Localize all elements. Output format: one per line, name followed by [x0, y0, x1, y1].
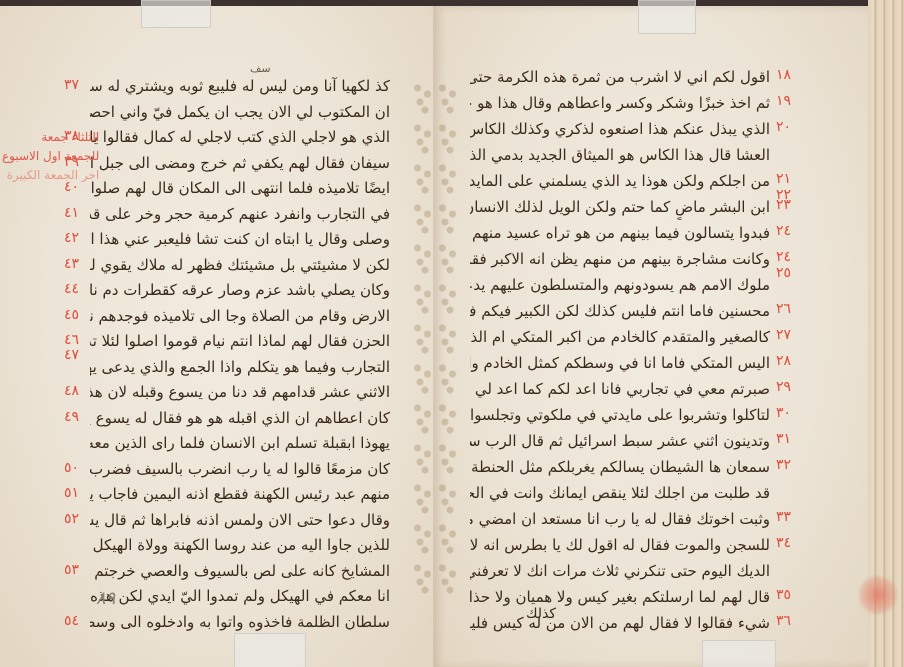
- catchword: كذلك: [526, 606, 556, 622]
- verse-number: ٥٤: [64, 613, 79, 629]
- verse-number: ٤٢: [64, 230, 79, 246]
- text-line: كالصغير والمتقدم كالخادم من اكبر المتكي …: [470, 324, 770, 350]
- text-line: وقال دعوا حتى الان ولمس اذنه فابراها ثم …: [90, 508, 390, 534]
- verse-number: ٢٤: [776, 249, 791, 265]
- text-line: سيفان فقال لهم يكفي ثم خرج ومضى الى جبل …: [90, 151, 390, 177]
- verse-number: ٢٨: [776, 353, 791, 369]
- verse-number: ٤٩: [64, 409, 79, 425]
- verse-number: ٣٣: [776, 509, 791, 525]
- verse-number: ٢٩: [776, 379, 791, 395]
- verse-number: ٥٠: [64, 460, 79, 476]
- verse-number: ٢٠: [776, 119, 791, 135]
- verse-number: ٣٧: [64, 77, 79, 93]
- text-line: الذي يبذل عنكم هذا اصنعوه لذكري وكذلك ال…: [470, 116, 770, 142]
- verse-number: ٤٣: [64, 256, 79, 272]
- tape-top-right: [638, 0, 696, 34]
- folio-number: ٨٩: [96, 588, 115, 609]
- verse-number: ١٩: [776, 93, 791, 109]
- text-line: فبدوا يتسالون فيما بينهم من هو تراه عسيد…: [470, 220, 770, 246]
- text-line: صبرتم معي في تجاربي فانا اعد لكم كما اعد…: [470, 376, 770, 402]
- text-line: ثم اخذ خبزًا وشكر وكسر واعطاهم وقال هذا …: [470, 90, 770, 116]
- text-line: كان مزمعًا قالوا له يا رب انضرب بالسيف ف…: [90, 457, 390, 483]
- tape-top-left: [141, 0, 211, 28]
- text-line: الذي هو لاجلي الذي كتب لاجلي له كمال فقا…: [90, 125, 390, 151]
- text-line: وتدينون اثني عشر سبط اسرائيل ثم قال الرب…: [470, 428, 770, 454]
- verse-number: ٥٣: [64, 562, 79, 578]
- text-line: محسنين فاما انتم فليس كذلك لكن الكبير في…: [470, 298, 770, 324]
- verse-number: ٣٥: [776, 587, 791, 603]
- text-line: قال لهم لما ارسلتكم بغير كيس ولا هميان و…: [470, 584, 770, 610]
- text-line: وكان يصلي باشد عزم وصار عرقه كقطرات دم ن…: [90, 278, 390, 304]
- text-line: منهم عبد رئيس الكهنة فقطع اذنه اليمين فا…: [90, 482, 390, 508]
- verse-number: ٣٠: [776, 405, 791, 421]
- text-line: اليس المتكي فاما انا في وسطكم كمثل الخاد…: [470, 350, 770, 376]
- text-line: للذين جاوا اليه من عند روسا الكهنة وولاة…: [90, 533, 390, 559]
- text-line: انا معكم في الهيكل ولم تمدوا اليّ ايدي ل…: [90, 584, 390, 610]
- tape-bottom-left: [234, 633, 306, 667]
- verse-number: ٤٤: [64, 281, 79, 297]
- verse-number: ٤٥: [64, 307, 79, 323]
- text-line: ايضًا تلاميذه فلما انتهى الى المكان قال …: [90, 176, 390, 202]
- right-page-text: اقول لكم اني لا اشرب من ثمرة هذه الكرمة …: [470, 64, 770, 636]
- text-line: وثبت اخوتك فقال له يا رب انا مستعد ان ام…: [470, 506, 770, 532]
- text-line: الارض وقام من الصلاة وجا الى تلاميذه فوج…: [90, 304, 390, 330]
- text-line: لكن لا مشيئتي بل مشيئتك فظهر له ملاك يقو…: [90, 253, 390, 279]
- text-line: ملوك الامم هم يسودونهم والمتسلطون عليهم …: [470, 272, 770, 298]
- verse-number: ٥٢: [64, 511, 79, 527]
- text-line: الديك اليوم حتى تنكرني ثلاث مرات انك لا …: [470, 558, 770, 584]
- verse-number: ٣٢: [776, 457, 791, 473]
- manuscript-spread: سف كذ لكهيا آنا ومن ليس له فليبع ثوبه وي…: [0, 0, 904, 667]
- text-line: للسجن والموت فقال له اقول لك يا بطرس انه…: [470, 532, 770, 558]
- margin-note-line: للجمعة اول الاسبوع: [2, 147, 99, 166]
- verse-number: ١٨: [776, 67, 791, 83]
- margin-note-line: اخر الجمعة الكبيرة: [2, 166, 99, 185]
- margin-note: الثلثاء جمعةللجمعة اول الاسبوعاخر الجمعة…: [2, 128, 99, 185]
- text-line: الاثني عشر قدامهم قد دنا من يسوع وقبله ل…: [90, 380, 390, 406]
- text-line: المشايخ كانه على لص بالسيوف والعصي خرجتم…: [90, 559, 390, 585]
- page-edges: [868, 0, 904, 667]
- text-line: من اجلكم ولكن هوذا يد الذي يسلمني على ال…: [470, 168, 770, 194]
- text-line: كان اعطاهم ان الذي اقبله هو هو فقال له ي…: [90, 406, 390, 432]
- text-line: كذ لكهيا آنا ومن ليس له فليبع ثوبه ويشتر…: [90, 74, 390, 100]
- text-line: اقول لكم اني لا اشرب من ثمرة هذه الكرمة …: [470, 64, 770, 90]
- text-line: ان المكتوب لي الان يجب ان يكمل فيّ واني …: [90, 100, 390, 126]
- text-line: العشا قال هذا الكاس هو الميثاق الجديد بد…: [470, 142, 770, 168]
- text-line: لتاكلوا وتشربوا على مايدتي في ملكوتي وتج…: [470, 402, 770, 428]
- text-line: يهوذا ابقبلة تسلم ابن الانسان فلما راى ا…: [90, 431, 390, 457]
- verse-number: ٤٧: [64, 347, 79, 363]
- text-line: الحزن فقال لهم لماذا انتم نيام قوموا اصل…: [90, 329, 390, 355]
- text-line: قد طلبت من اجلك لئلا ينقص ايمانك وانت في…: [470, 480, 770, 506]
- tape-bottom-right: [702, 640, 776, 667]
- verse-number: ٤٦: [64, 332, 79, 348]
- verse-number: ٢٤: [776, 223, 791, 239]
- verse-number: ٢٧: [776, 327, 791, 343]
- text-line: سمعان ها الشيطان يسالكم يغربلكم مثل الحن…: [470, 454, 770, 480]
- verse-number: ٣٤: [776, 535, 791, 551]
- left-page-text: كذ لكهيا آنا ومن ليس له فليبع ثوبه ويشتر…: [90, 74, 390, 635]
- verse-number: ٢٥: [776, 265, 791, 281]
- verse-number: ٣٦: [776, 613, 791, 629]
- verse-number: ٢٣: [776, 197, 791, 213]
- text-line: التجارب وفيما هو يتكلم واذا الجمع والذي …: [90, 355, 390, 381]
- verse-number: ٣١: [776, 431, 791, 447]
- text-line: وصلى وقال يا ابتاه ان كنت تشا فليعبر عني…: [90, 227, 390, 253]
- text-line: وكانت مشاجرة بينهم من منهم يظن انه الاكب…: [470, 246, 770, 272]
- margin-note-line: الثلثاء جمعة: [2, 128, 99, 147]
- gutter-wormholes: [410, 80, 460, 600]
- text-line: شيء فقالوا لا فقال لهم من الان من له كيس…: [470, 610, 770, 636]
- verse-number: ٤٨: [64, 383, 79, 399]
- text-line: سلطان الظلمة فاخذوه واتوا به وادخلوه الى…: [90, 610, 390, 636]
- text-line: في التجارب وانفرد عنهم كرمية حجر وخر على…: [90, 202, 390, 228]
- red-stain: [858, 575, 898, 615]
- verse-number: ٥١: [64, 485, 79, 501]
- verse-number: ٢٦: [776, 301, 791, 317]
- verse-number: ٤١: [64, 205, 79, 221]
- text-line: ابن البشر ماضٍ كما حتم ولكن الويل لذلك ا…: [470, 194, 770, 220]
- verse-number: ٢١: [776, 171, 791, 187]
